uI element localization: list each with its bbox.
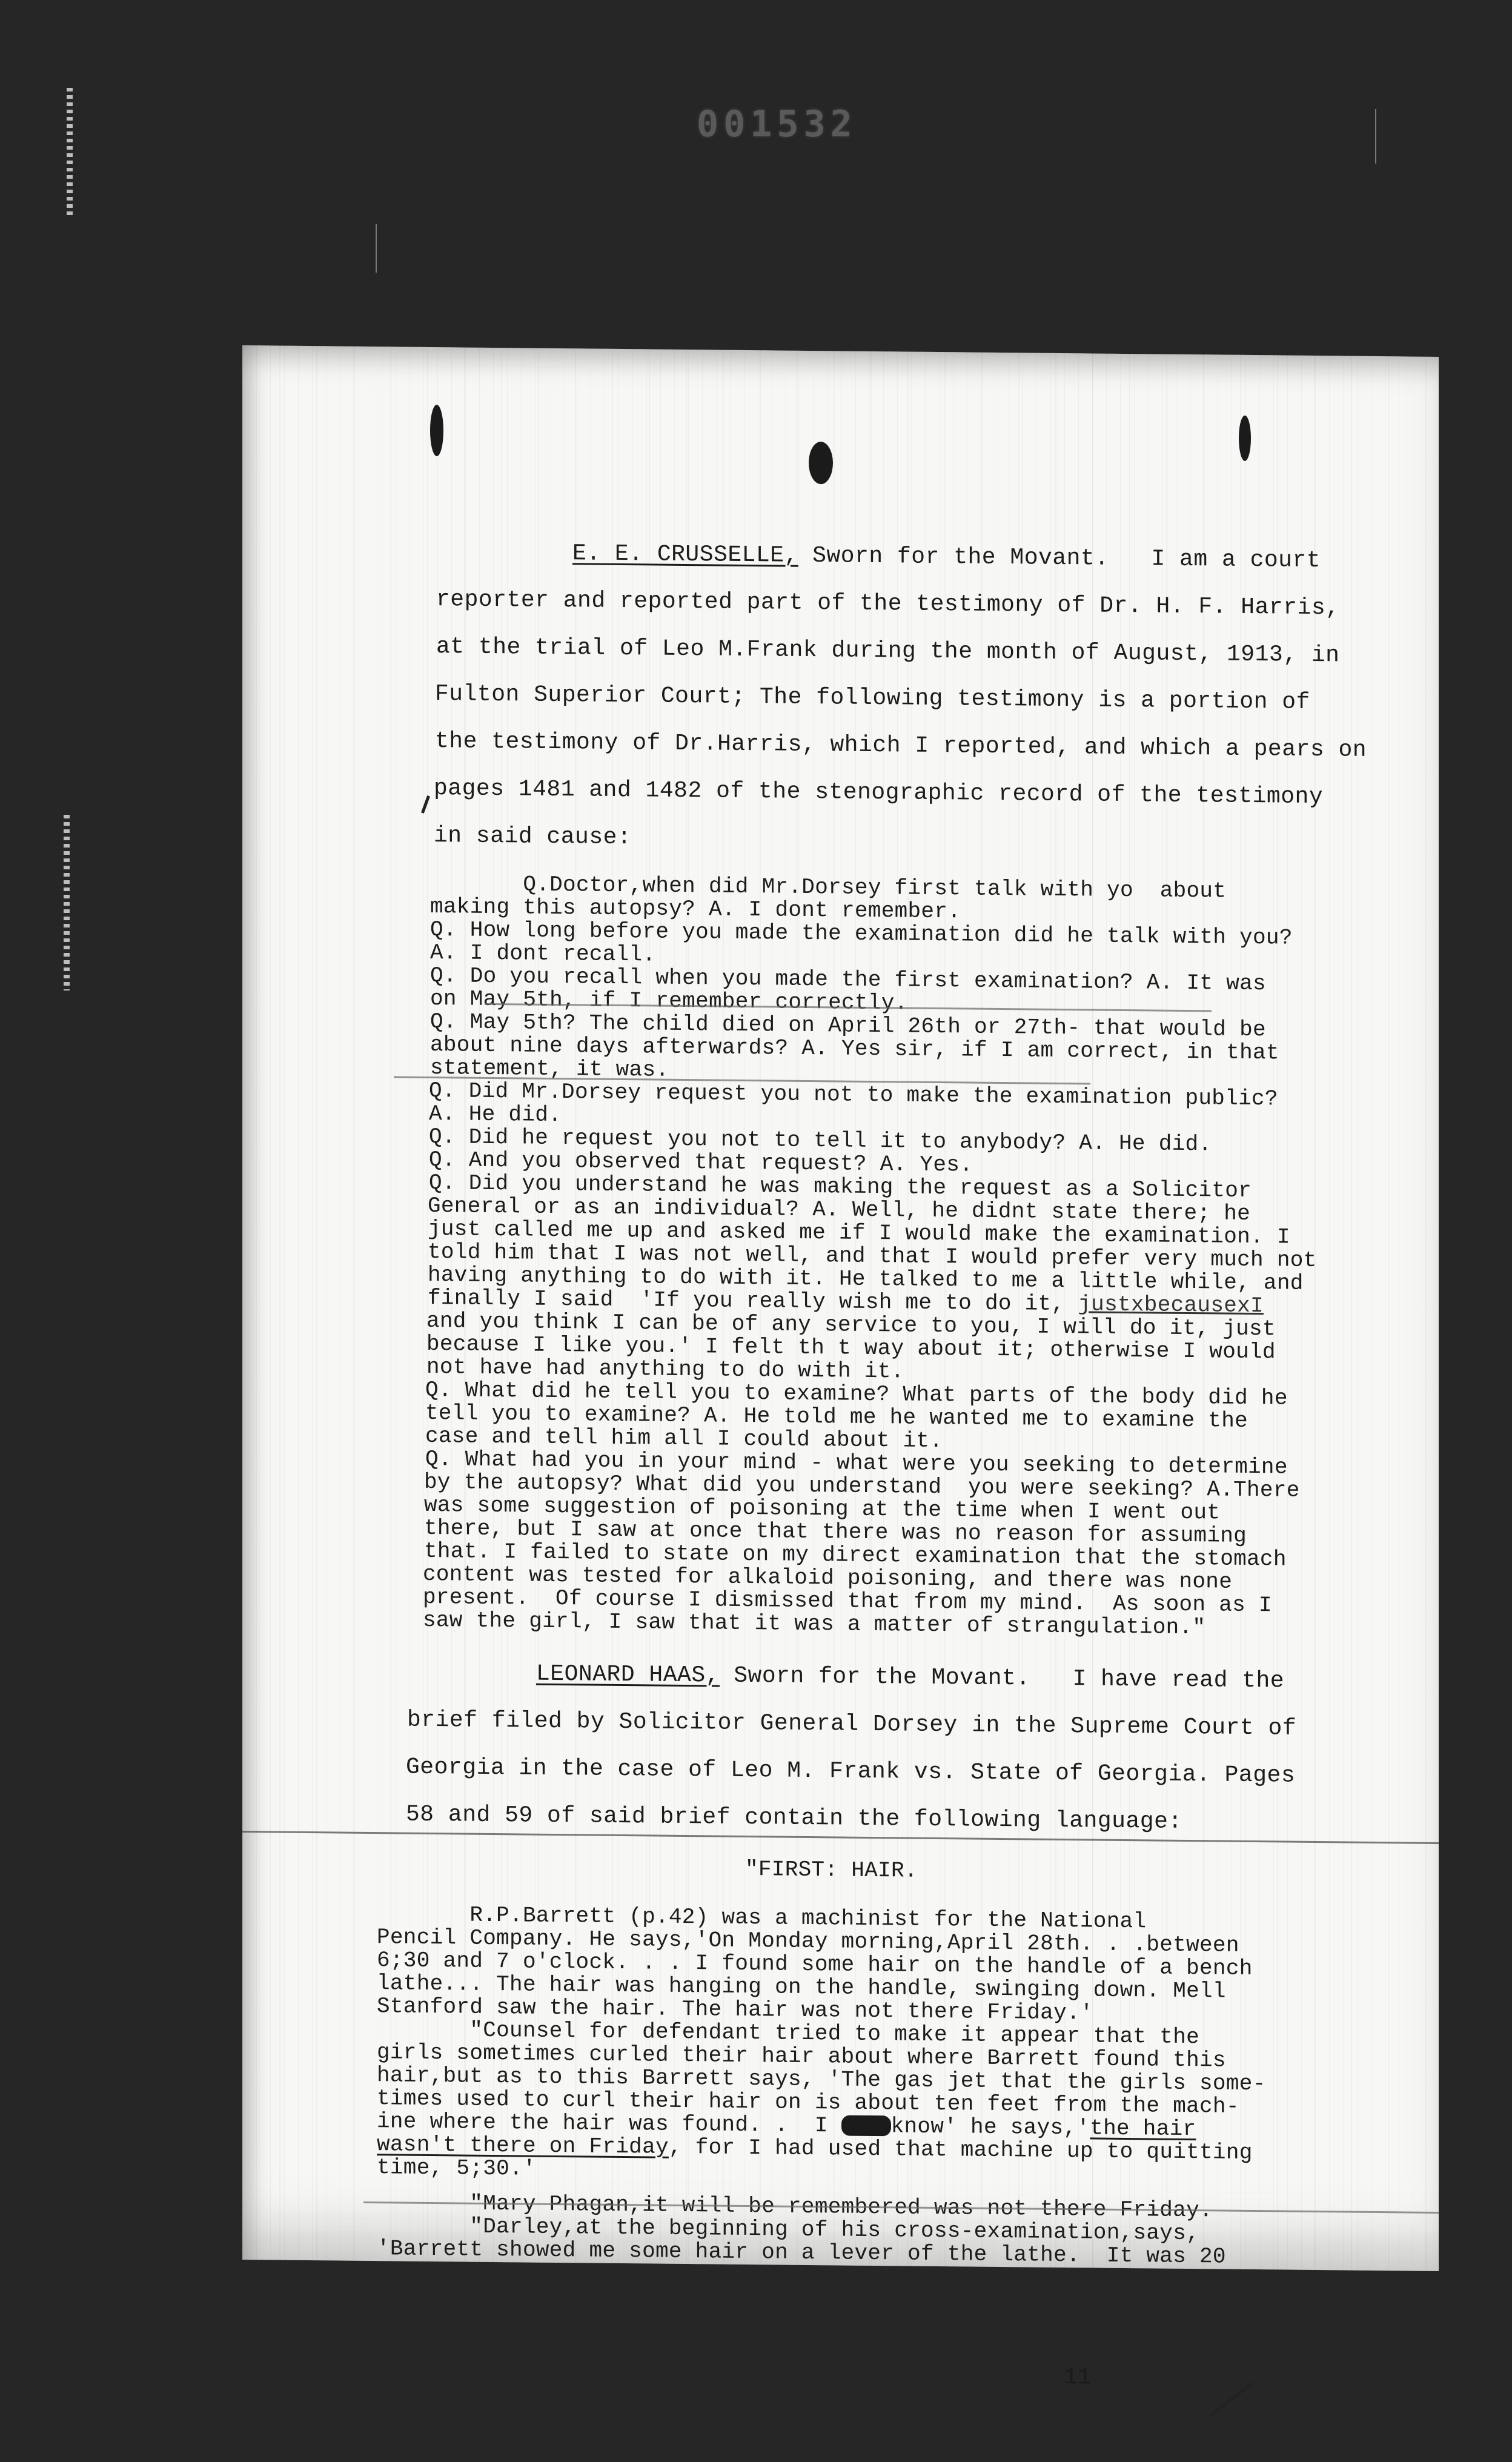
- affidavit-line: the testimony of Dr.Harris, which I repo…: [435, 730, 1367, 762]
- brief-heading: "FIRST: HAIR.: [745, 1859, 918, 1882]
- testimony-line: A. I dont recall.: [430, 942, 655, 966]
- quoted-brief-excerpt: "FIRST: HAIR. R.P.Barrett (p.42) was a m…: [242, 345, 1439, 357]
- film-scratch: [1375, 109, 1376, 164]
- typed-over-correction: justxbecausexI: [1078, 1292, 1264, 1318]
- page-number: 11: [1064, 2364, 1092, 2391]
- document-page: E. E. CRUSSELLE, Sworn for the Movant. I…: [242, 345, 1439, 2271]
- affidavit-line: 58 and 59 of said brief contain the foll…: [406, 1803, 1182, 1834]
- haas-affidavit: LEONARD HAAS, Sworn for the Movant. I ha…: [242, 345, 1439, 357]
- witness-name: LEONARD HAAS,: [536, 1661, 720, 1689]
- testimony-line: A. He did.: [429, 1103, 562, 1126]
- affidavit-line: Fulton Superior Court; The following tes…: [435, 683, 1310, 714]
- crusselle-affidavit: E. E. CRUSSELLE, Sworn for the Movant. I…: [242, 345, 1439, 357]
- affidavit-line: in said cause:: [434, 825, 631, 849]
- binder-hole: [809, 442, 833, 484]
- affidavit-first-line: LEONARD HAAS, Sworn for the Movant. I ha…: [536, 1663, 1284, 1693]
- brief-line: time, 5;30.': [377, 2157, 536, 2180]
- affidavit-line: pages 1481 and 1482 of the stenographic …: [434, 777, 1323, 809]
- binder-hole: [1239, 416, 1251, 461]
- harris-testimony-transcript: Q.Doctor,when did Mr.Dorsey first talk w…: [242, 345, 1439, 357]
- film-edge-marking: [64, 815, 70, 990]
- page-rule-line: [242, 1831, 1439, 1844]
- affidavit-line: reporter and reported part of the testim…: [436, 588, 1339, 620]
- ink-smudge: [841, 2115, 891, 2137]
- witness-name: E. E. CRUSSELLE,: [572, 540, 798, 569]
- affidavit-line: brief filed by Solicitor General Dorsey …: [407, 1709, 1296, 1740]
- affidavit-line: at the trial of Leo M.Frank during the m…: [436, 635, 1339, 667]
- pencil-mark: [1209, 2381, 1254, 2417]
- affidavit-line: Georgia in the case of Leo M. Frank vs. …: [406, 1756, 1295, 1788]
- binder-hole: [430, 405, 443, 456]
- affidavit-first-line: E. E. CRUSSELLE, Sworn for the Movant. I…: [572, 542, 1321, 572]
- film-edge-marking: [67, 88, 73, 215]
- film-frame-number: 001532: [697, 103, 857, 145]
- testimony-line: saw the girl, I saw that it was a matter…: [423, 1610, 1205, 1639]
- film-scratch: [376, 224, 377, 273]
- pencil-mark: [421, 795, 430, 814]
